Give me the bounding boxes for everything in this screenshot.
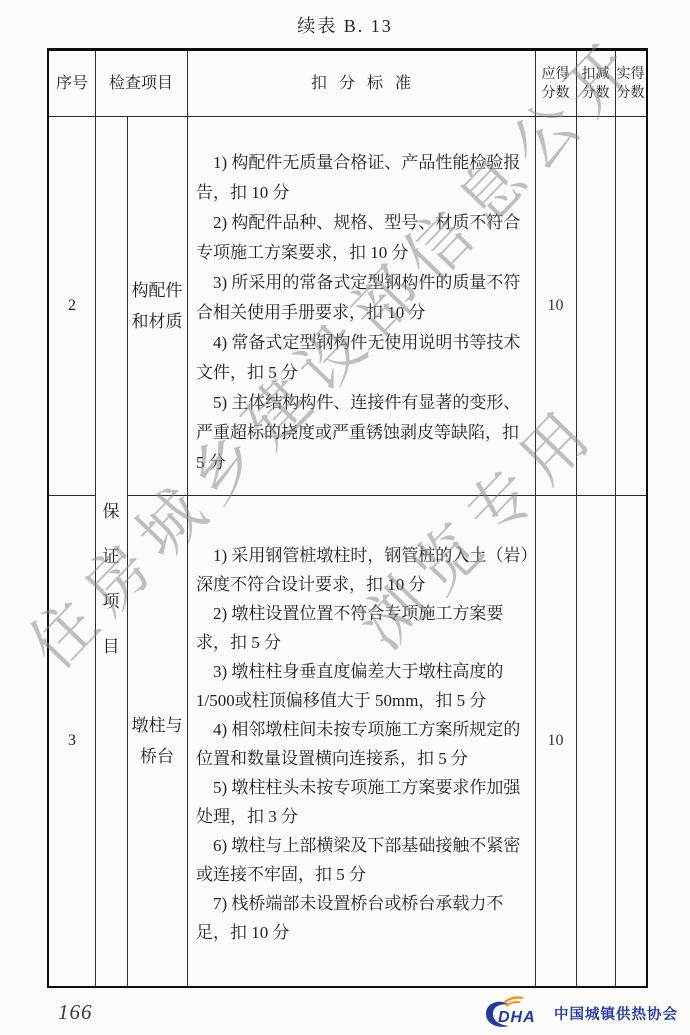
score-table: 序号 检查项目 扣分标准 应得分数 扣减分数 实得分数 保证项目 2 构配件和材… — [47, 48, 648, 988]
document-page: 续表 B. 13 序号 检查项目 扣分标准 应得分数 扣减分数 实得分数 — [0, 0, 690, 1035]
logo-association-name: 中国城镇供热协会 — [554, 1003, 678, 1024]
criteria-clause: 6) 墩柱与上部横梁及下部基础接触不紧密或连接不牢固，扣 5 分 — [196, 831, 529, 889]
criteria-clause: 1) 构配件无质量合格证、产品性能检验报告，扣 10 分 — [196, 148, 529, 208]
row3-criteria: 1) 采用钢管桩墩柱时，钢管桩的入土（岩）深度不符合设计要求，扣 10 分2) … — [187, 495, 535, 986]
criteria-clause: 3) 墩柱柱身垂直度偏差大于墩柱高度的1/500或柱顶偏移值大于 50mm，扣 … — [196, 657, 529, 715]
header-deduct-score: 扣减分数 — [576, 51, 615, 116]
row3-deduct-score — [576, 495, 615, 986]
row2-seq: 2 — [49, 116, 95, 495]
header-seq: 序号 — [49, 51, 95, 116]
group-label: 保证项目 — [102, 489, 120, 669]
cdha-logo-icon: DHA — [483, 996, 549, 1030]
table-title: 续表 B. 13 — [0, 12, 690, 38]
header-criteria-label: 扣分标准 — [299, 73, 423, 95]
group-label-cell: 保证项目 — [95, 116, 127, 986]
criteria-clause: 4) 常备式定型钢构件无使用说明书等技术文件，扣 5 分 — [196, 328, 529, 388]
score-table-grid: 序号 检查项目 扣分标准 应得分数 扣减分数 实得分数 保证项目 2 构配件和材… — [49, 51, 646, 986]
row2-item: 构配件和材质 — [127, 116, 187, 495]
row3-item: 墩柱与桥台 — [127, 495, 187, 986]
row3-actual-score — [615, 495, 646, 986]
logo-acronym-text: DHA — [498, 1009, 536, 1026]
row2-actual-score — [615, 116, 646, 495]
association-logo: DHA 中国城镇供热协会 — [483, 996, 678, 1030]
row2-due-score: 10 — [535, 116, 576, 495]
header-criteria: 扣分标准 — [187, 51, 535, 116]
criteria-clause: 5) 墩柱柱头未按专项施工方案要求作加强处理，扣 3 分 — [196, 773, 529, 831]
criteria-clause: 2) 墩柱设置位置不符合专项施工方案要求，扣 5 分 — [196, 599, 529, 657]
criteria-clause: 1) 采用钢管桩墩柱时，钢管桩的入土（岩）深度不符合设计要求，扣 10 分 — [196, 541, 529, 599]
row2-deduct-score — [576, 116, 615, 495]
criteria-clause: 3) 所采用的常备式定型钢构件的质量不符合相关使用手册要求，扣 10 分 — [196, 268, 529, 328]
criteria-clause: 2) 构配件品种、规格、型号、材质不符合专项施工方案要求，扣 10 分 — [196, 208, 529, 268]
criteria-clause: 7) 栈桥端部未设置桥台或桥台承载力不足，扣 10 分 — [196, 889, 529, 947]
criteria-clause: 4) 相邻墩柱间未按专项施工方案所规定的位置和数量设置横向连接系，扣 5 分 — [196, 715, 529, 773]
header-actual-score: 实得分数 — [615, 51, 646, 116]
row3-due-score: 10 — [535, 495, 576, 986]
row2-criteria: 1) 构配件无质量合格证、产品性能检验报告，扣 10 分2) 构配件品种、规格、… — [187, 116, 535, 495]
criteria-clause: 5) 主体结构构件、连接件有显著的变形、严重超标的挠度或严重锈蚀剥皮等缺陷，扣 … — [196, 388, 529, 478]
header-item: 检查项目 — [95, 51, 187, 116]
page-number: 166 — [58, 1000, 93, 1025]
header-due-score: 应得分数 — [535, 51, 576, 116]
row3-seq: 3 — [49, 495, 95, 986]
